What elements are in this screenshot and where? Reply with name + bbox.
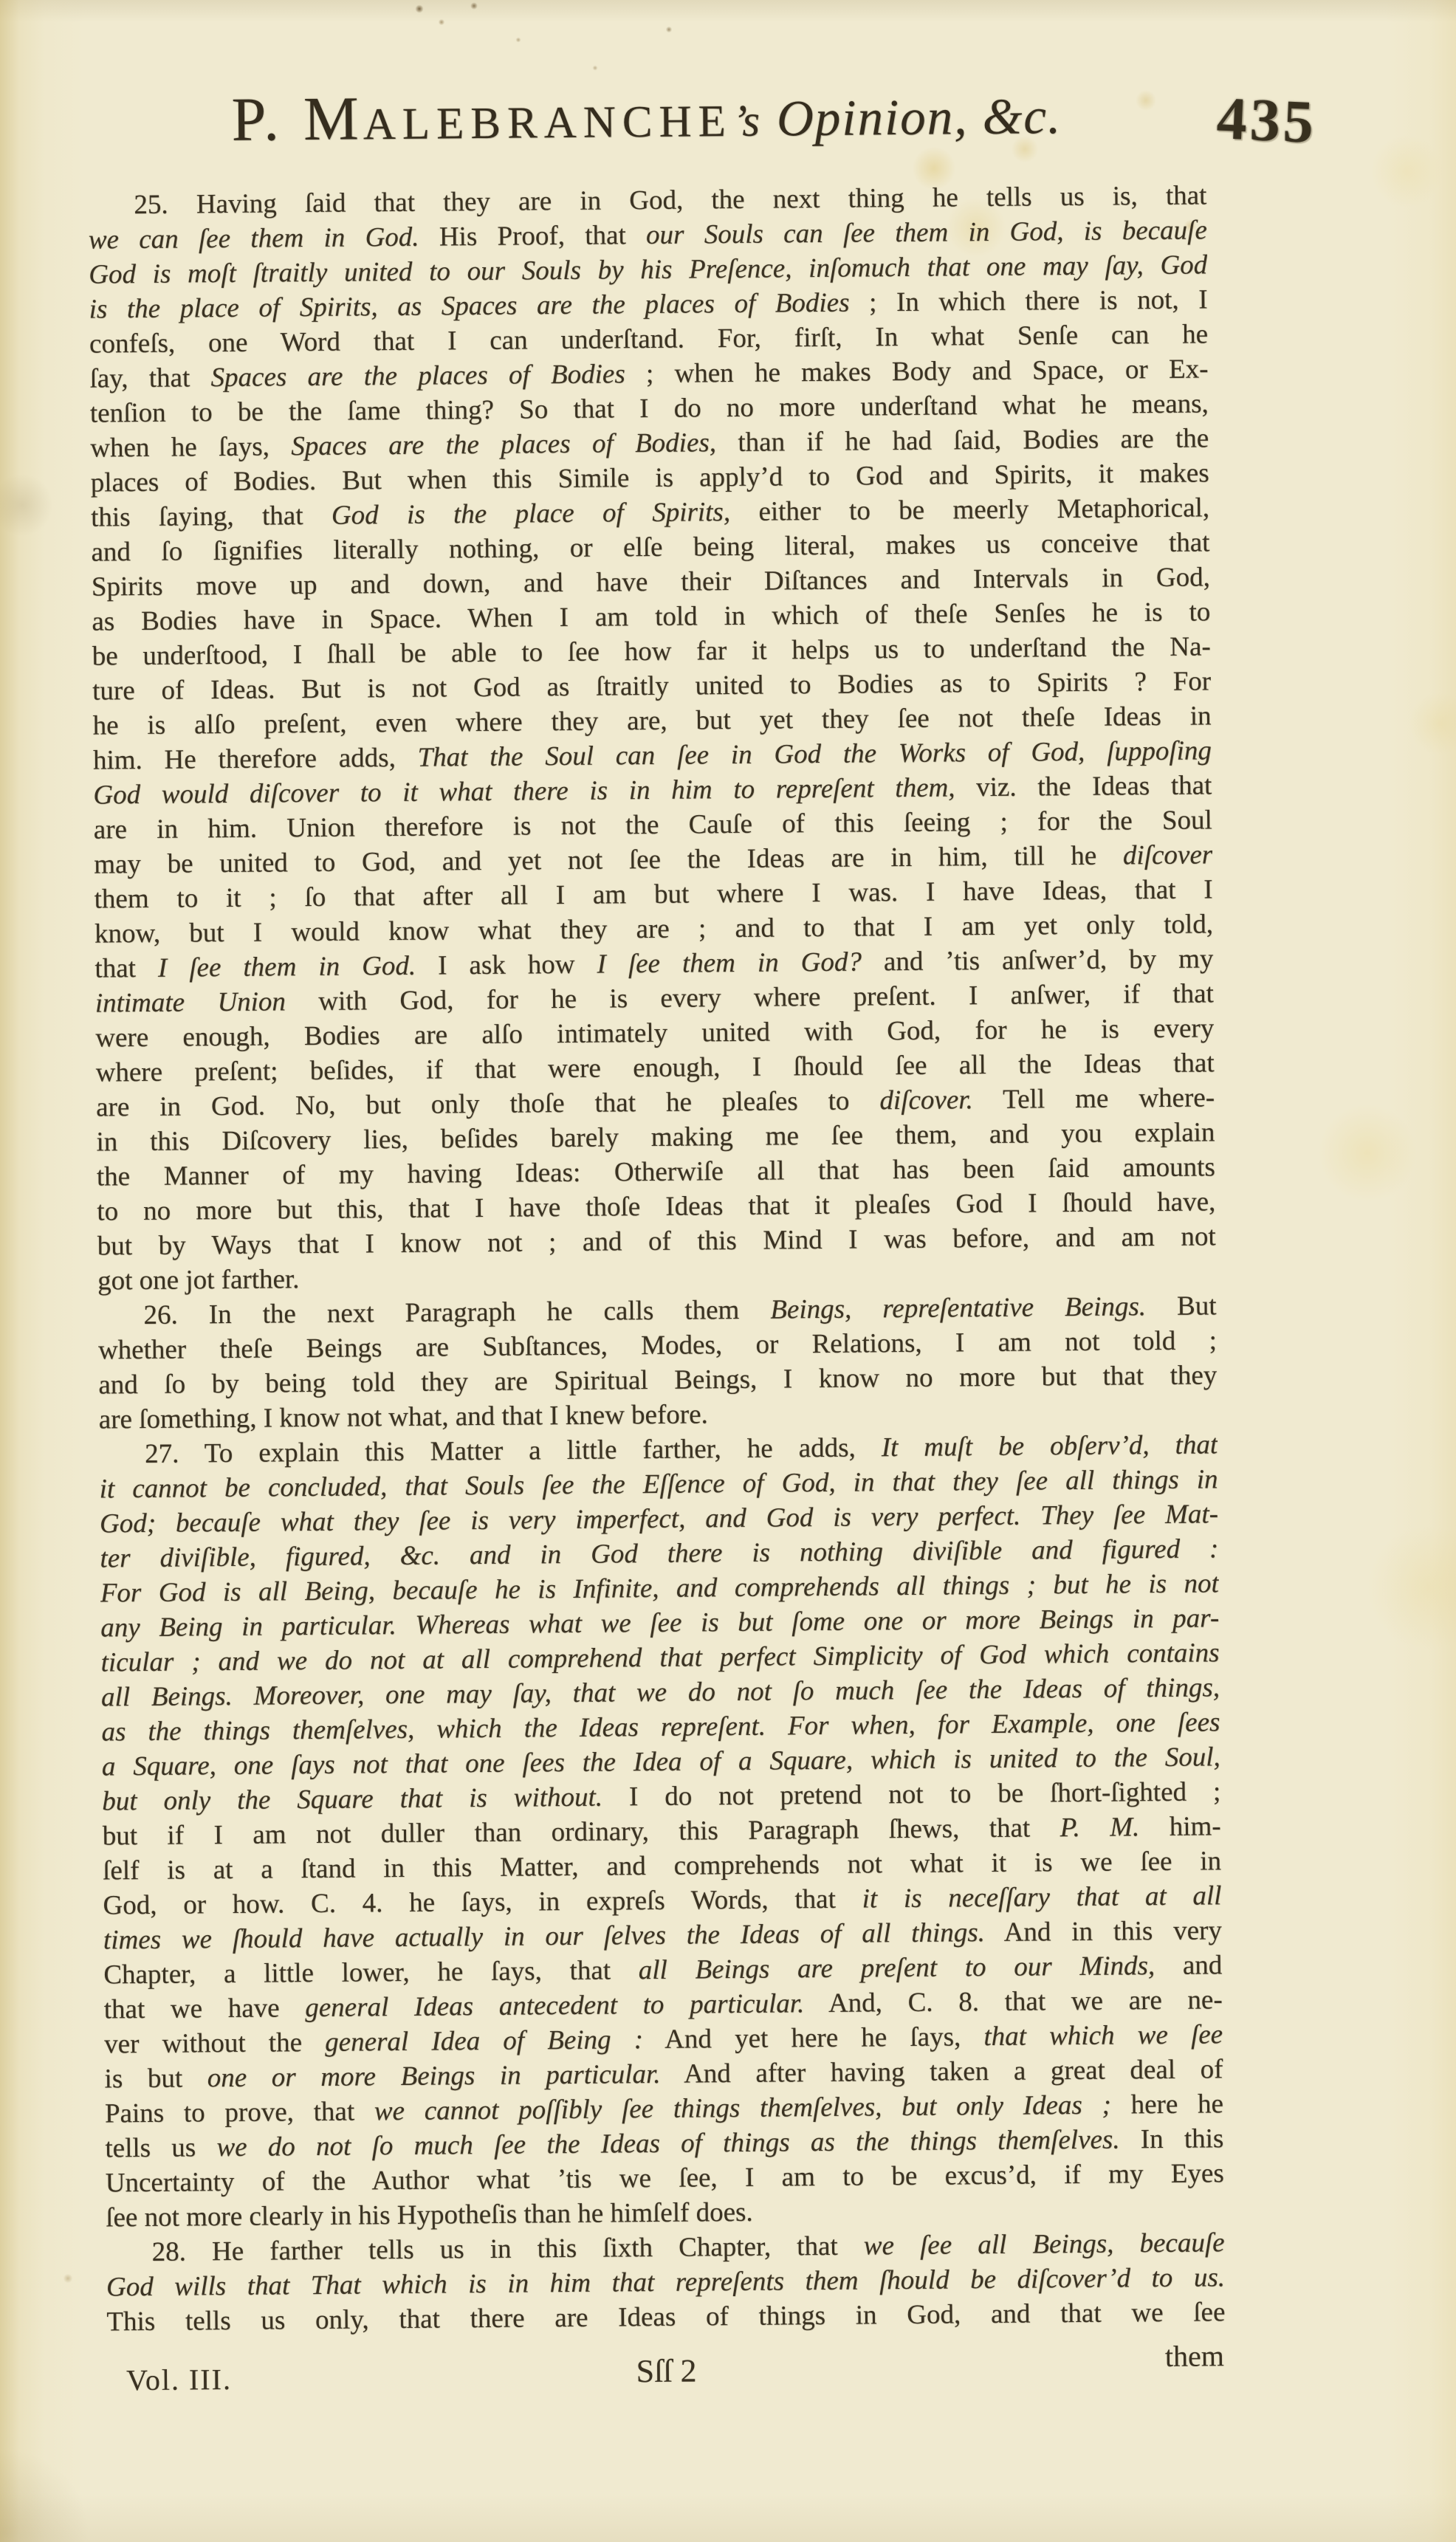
italic-text: I ſee them in God. xyxy=(158,951,416,983)
roman-text: And after having taken a great deal of xyxy=(660,2054,1223,2089)
roman-text: God, or how. C. 4. he ſays, in expreſs W… xyxy=(103,1884,862,1921)
roman-text: 26. In the next Paragraph he calls them xyxy=(143,1295,770,1330)
roman-text: than if he had ſaid, Bodies are the xyxy=(716,423,1209,458)
roman-text: that xyxy=(95,953,158,984)
catchword: them xyxy=(1165,2338,1224,2374)
italic-text: one or more Beings in particular. xyxy=(207,2059,661,2093)
roman-text: 28. He farther tells us in this ſixth Ch… xyxy=(151,2231,864,2267)
title-initials: P. M xyxy=(231,84,363,154)
italic-text: God would diſcover to it what there is i… xyxy=(93,772,955,810)
roman-text: when he ſays, xyxy=(90,431,291,463)
roman-text: Chapter, a little lower, he ſays, that xyxy=(103,1955,639,1990)
roman-text: got one jot farther. xyxy=(97,1264,300,1296)
roman-text: are ſomething, I know not what, and that… xyxy=(99,1399,708,1435)
italic-text: we do not ſo much ſee the Ideas of thing… xyxy=(216,2125,1119,2163)
roman-text: tells us xyxy=(105,2132,216,2163)
roman-text: him- xyxy=(1139,1811,1221,1842)
roman-text: In this xyxy=(1119,2123,1223,2154)
italic-text: is the place of Spirits, as Spaces are t… xyxy=(89,288,849,325)
text-block: 25. Having ſaid that they are in God, th… xyxy=(88,178,1225,2339)
italic-text: Beings, repreſentative Beings. xyxy=(770,1291,1146,1325)
italic-text: intimate Union xyxy=(95,986,286,1018)
roman-text: is but xyxy=(104,2063,207,2094)
signature-mark: Sſſ 2 xyxy=(636,2352,696,2391)
roman-text: I ask how xyxy=(416,949,597,981)
roman-text: and xyxy=(1155,1950,1223,1981)
roman-text: with God, for he is every where preſent.… xyxy=(286,978,1214,1017)
italic-text: all Beings are preſent to our Minds, xyxy=(639,1951,1155,1985)
italic-text: our Souls can ſee them in God, is becauſ… xyxy=(646,215,1207,250)
roman-text: Pains to prove, that xyxy=(105,2096,374,2129)
roman-text: ; In which there is not, I xyxy=(849,284,1207,317)
roman-text: Tell me where- xyxy=(973,1082,1215,1115)
roman-text: ; when he makes Body and Space, or Ex- xyxy=(625,354,1209,389)
italic-text: diſcover. xyxy=(879,1085,973,1116)
italic-text: that which we ſee xyxy=(983,2019,1223,2052)
roman-text: And yet here he ſays, xyxy=(643,2021,984,2055)
roman-text: either to be meerly Metaphorical, xyxy=(730,492,1209,527)
italic-text: P. M. xyxy=(1060,1812,1140,1843)
paragraph-27: 27. To explain this Matter a little fart… xyxy=(99,1427,1224,2235)
italic-text: general Idea of Being : xyxy=(325,2024,643,2058)
italic-text: God is the place of Spirits, xyxy=(332,497,731,531)
italic-text: Spaces are the places of Bodies, xyxy=(291,427,716,461)
paragraph-28: 28. He farther tells us in this ſixth Ch… xyxy=(106,2225,1225,2339)
italic-text: general Ideas antecedent to particular. xyxy=(305,1988,804,2023)
roman-text: But xyxy=(1146,1291,1217,1322)
title-caps: ALEBRANCHE xyxy=(363,97,733,149)
roman-text: and ’tis anſwer’d, by my xyxy=(862,944,1214,977)
italic-text: we cannot poſſibly ſee things themſelves… xyxy=(374,2090,1111,2127)
italic-text: we ſee all Beings, becauſe xyxy=(864,2227,1225,2261)
roman-text: I do not pretend not to be ſhort-ſighted… xyxy=(602,1776,1221,1812)
italic-text: I ſee them in God? xyxy=(597,947,862,980)
title-italic-word: Opinion, &c. xyxy=(777,88,1062,146)
roman-text: 27. To explain this Matter a little fart… xyxy=(145,1432,882,1469)
italic-text: diſcover xyxy=(1123,839,1213,870)
roman-text: this ſaying, that xyxy=(91,501,332,533)
roman-text: ſee not more clearly in his Hypotheſis t… xyxy=(106,2197,753,2233)
page-number: 435 xyxy=(1215,83,1318,157)
roman-text: him. He therefore adds, xyxy=(93,743,418,776)
roman-text: And, C. 8. that we are ne- xyxy=(804,1985,1223,2019)
paragraph-26: 26. In the next Paragraph he calls them … xyxy=(97,1288,1218,1437)
roman-text: but if I am not duller than ordinary, th… xyxy=(103,1813,1060,1851)
italic-text: Spaces are the places of Bodies xyxy=(210,359,625,393)
roman-text: ver without the xyxy=(104,2027,325,2060)
title-possessive: ’s xyxy=(732,97,761,146)
italic-text: It muſt be obſerv’d, that xyxy=(882,1429,1218,1463)
italic-text: it is neceſſary that at all xyxy=(862,1880,1221,1914)
italic-text: but only the Square that is without. xyxy=(102,1782,602,1817)
volume-label: Vol. III. xyxy=(126,2362,232,2397)
italic-text: times we ſhould have actually in our ſel… xyxy=(103,1917,985,1955)
roman-text: here he xyxy=(1111,2089,1223,2120)
roman-text: are in God. No, but only thoſe that he p… xyxy=(96,1085,880,1122)
roman-text: And in this very xyxy=(985,1915,1222,1948)
roman-text: viz. the Ideas that xyxy=(955,770,1212,803)
page-title: P. MALEBRANCHE’sOpinion, &c. xyxy=(87,76,1206,157)
roman-text: His Proof, that xyxy=(419,220,646,253)
italic-text: we can ſee them in God. xyxy=(89,222,419,255)
roman-text: that we have xyxy=(104,1993,306,2024)
roman-text: ſay, that xyxy=(89,363,210,394)
roman-text: This tells us only, that there are Ideas… xyxy=(106,2297,1225,2337)
paragraph-25: 25. Having ſaid that they are in God, th… xyxy=(88,178,1216,1298)
book-page-content: P. MALEBRANCHE’sOpinion, &c. 25. Having … xyxy=(87,76,1226,2408)
page-footer: Vol. III. Sſſ 2 them xyxy=(107,2347,1226,2408)
italic-text: That the Soul can ſee in God the Works o… xyxy=(417,735,1212,772)
